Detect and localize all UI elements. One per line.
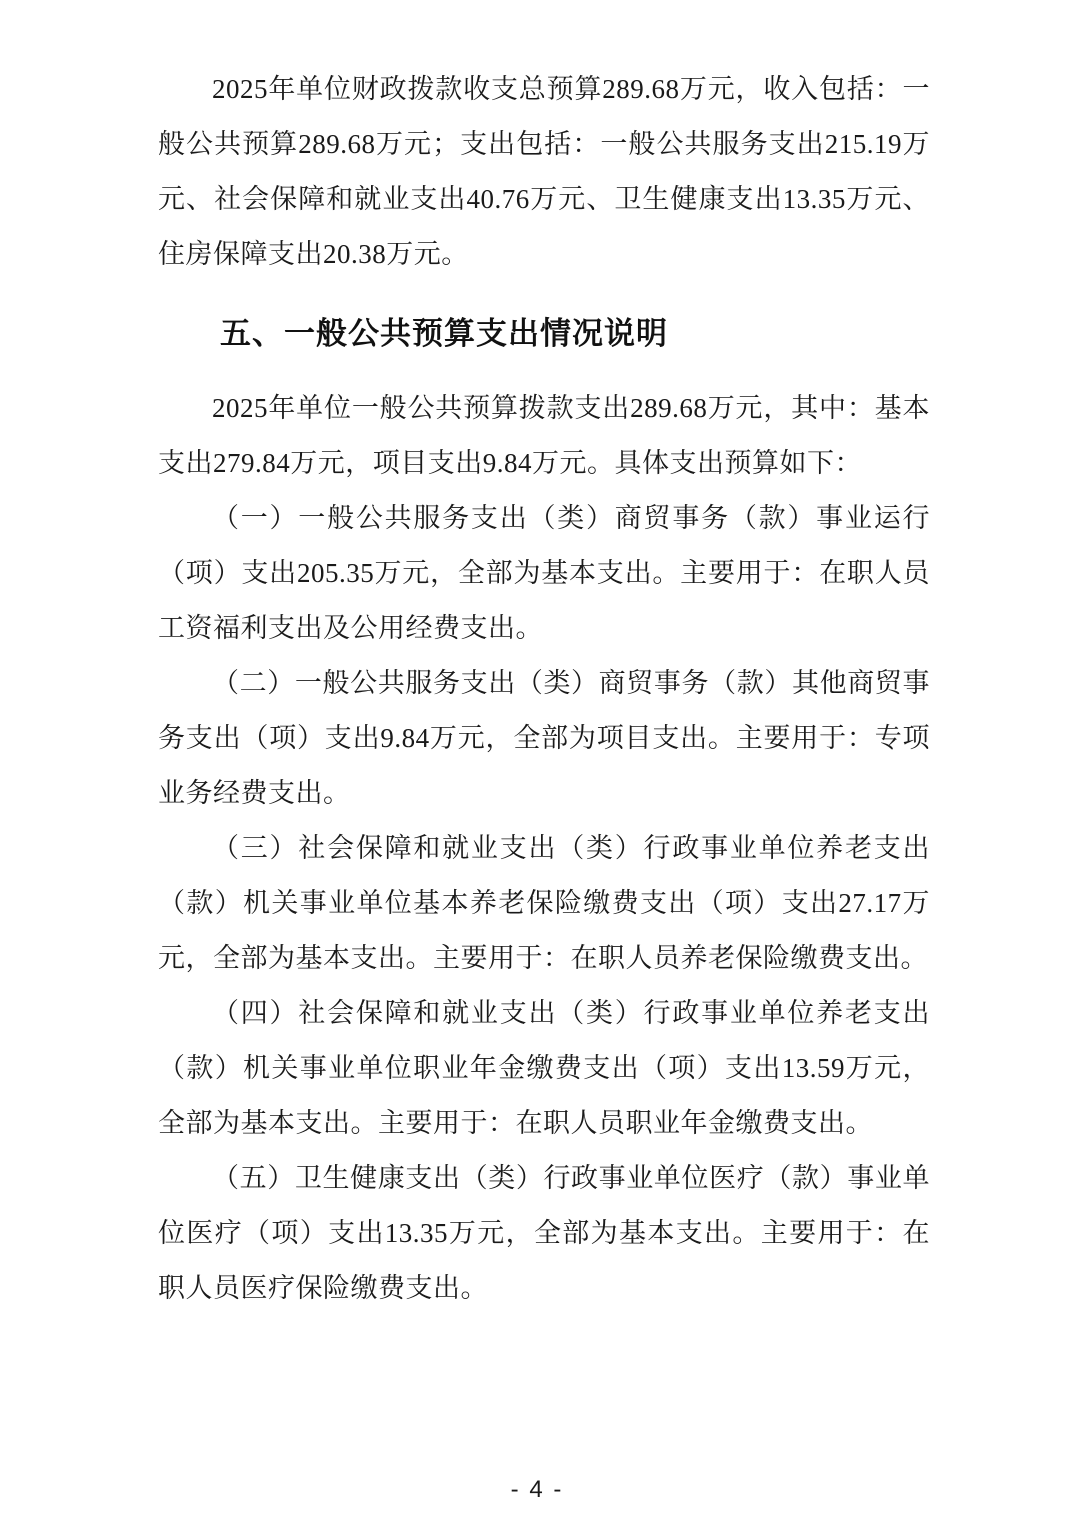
expense-item-5: （五）卫生健康支出（类）行政事业单位医疗（款）事业单位医疗（项）支出13.35万…: [158, 1151, 930, 1316]
section-heading: 五、一般公共预算支出情况说明: [158, 306, 930, 361]
expense-item-2: （二）一般公共服务支出（类）商贸事务（款）其他商贸事务支出（项）支出9.84万元…: [158, 656, 930, 821]
page-number: - 4 -: [511, 1476, 564, 1503]
section-intro-paragraph: 2025年单位一般公共预算拨款支出289.68万元，其中：基本支出279.84万…: [158, 381, 930, 491]
document-body: 2025年单位财政拨款收支总预算289.68万元，收入包括：一般公共预算289.…: [158, 62, 930, 1316]
page-footer: - 4 -: [0, 1476, 1074, 1504]
expense-item-1: （一）一般公共服务支出（类）商贸事务（款）事业运行（项）支出205.35万元，全…: [158, 491, 930, 656]
expense-item-4: （四）社会保障和就业支出（类）行政事业单位养老支出（款）机关事业单位职业年金缴费…: [158, 986, 930, 1151]
budget-summary-paragraph: 2025年单位财政拨款收支总预算289.68万元，收入包括：一般公共预算289.…: [158, 62, 930, 282]
expense-item-3: （三）社会保障和就业支出（类）行政事业单位养老支出（款）机关事业单位基本养老保险…: [158, 821, 930, 986]
document-page: 2025年单位财政拨款收支总预算289.68万元，收入包括：一般公共预算289.…: [0, 0, 1074, 1520]
